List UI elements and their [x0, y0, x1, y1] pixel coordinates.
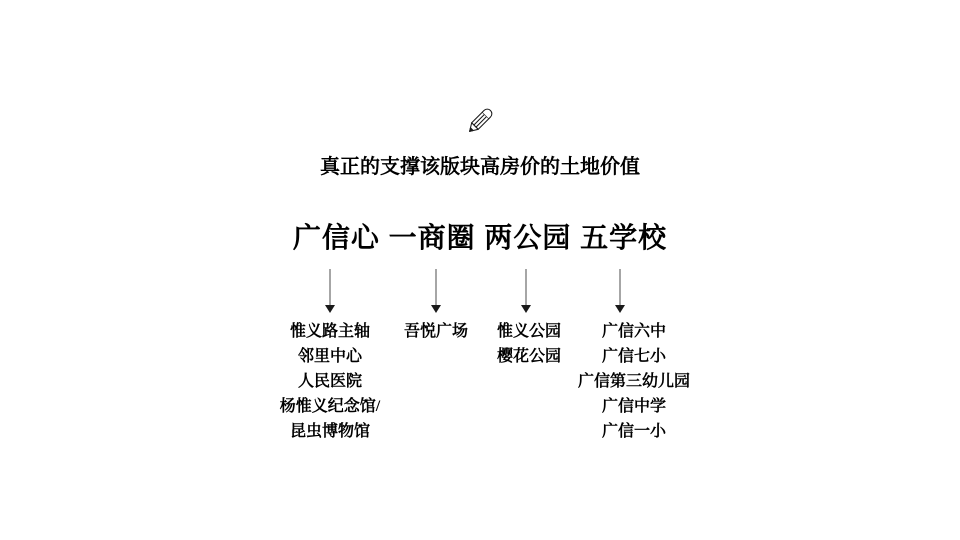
- list-item: 吾悦广场: [404, 319, 468, 344]
- list-item: 人民医院: [280, 369, 380, 394]
- down-arrow-4: [615, 269, 625, 313]
- arrow-head: [431, 305, 441, 313]
- arrow-shaft: [619, 269, 621, 305]
- list-item: 广信一小: [578, 419, 690, 444]
- list-item: 广信中学: [578, 394, 690, 419]
- down-arrow-1: [325, 269, 335, 313]
- list-item: 昆虫博物馆: [280, 419, 380, 444]
- slide-canvas: 真正的支撑该版块高房价的土地价值 广信心 一商圈 两公园 五学校 惟义路主轴邻里…: [0, 0, 960, 540]
- arrow-head: [325, 305, 335, 313]
- arrow-shaft: [435, 269, 437, 305]
- arrow-head: [521, 305, 531, 313]
- down-arrow-2: [431, 269, 441, 313]
- arrow-shaft: [329, 269, 331, 305]
- column-list-4: 广信六中广信七小广信第三幼儿园广信中学广信一小: [578, 319, 690, 444]
- pencil-icon: [464, 105, 496, 137]
- list-item: 惟义公园: [497, 319, 561, 344]
- slide-subtitle: 真正的支撑该版块高房价的土地价值: [0, 154, 960, 180]
- down-arrow-3: [521, 269, 531, 313]
- list-item: 广信第三幼儿园: [578, 369, 690, 394]
- column-list-1: 惟义路主轴邻里中心人民医院杨惟义纪念馆/昆虫博物馆: [280, 319, 380, 444]
- arrow-shaft: [525, 269, 527, 305]
- slide-title: 广信心 一商圈 两公园 五学校: [0, 221, 960, 255]
- list-item: 杨惟义纪念馆/: [280, 394, 380, 419]
- list-item: 樱花公园: [497, 344, 561, 369]
- column-list-3: 惟义公园樱花公园: [497, 319, 561, 369]
- arrow-head: [615, 305, 625, 313]
- list-item: 广信六中: [578, 319, 690, 344]
- list-item: 惟义路主轴: [280, 319, 380, 344]
- list-item: 广信七小: [578, 344, 690, 369]
- column-list-2: 吾悦广场: [404, 319, 468, 344]
- list-item: 邻里中心: [280, 344, 380, 369]
